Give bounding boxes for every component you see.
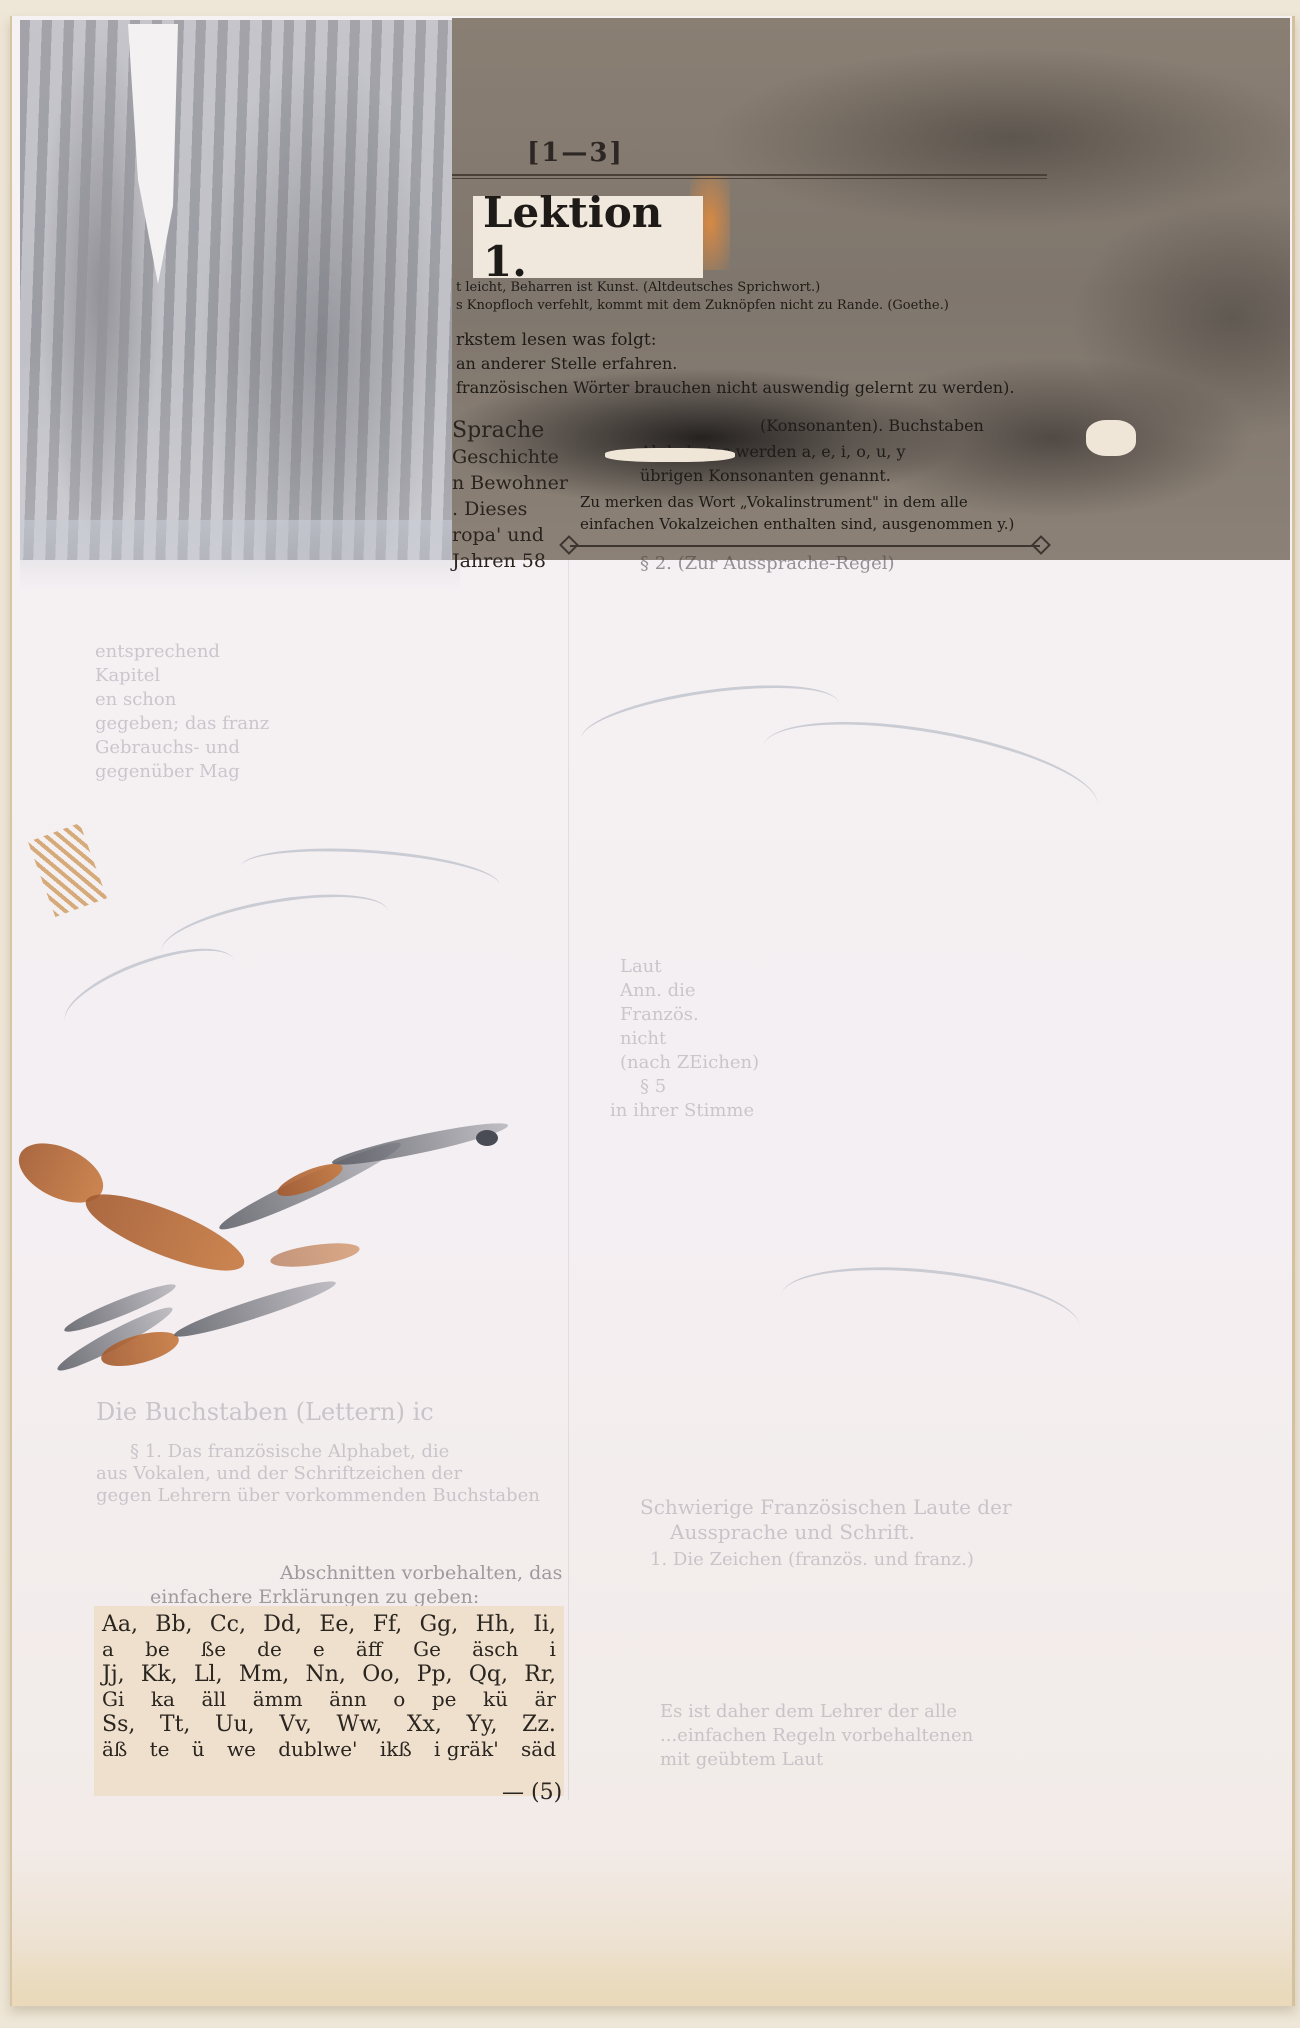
column-divider xyxy=(568,560,569,1800)
letter-pair: Pp, xyxy=(417,1662,453,1687)
text-line: (Konsonanten). Buchstaben xyxy=(760,414,984,438)
alphabet-pronunciation-row-2: Gi ka äll ämm änn o pe kü är xyxy=(102,1687,556,1712)
pronunciation: de xyxy=(257,1637,282,1662)
letter-pair: Zz. xyxy=(522,1712,556,1737)
ghost-text: § 5 xyxy=(640,1075,666,1099)
fragment: ropa' und xyxy=(452,522,568,548)
ghost-text: Laut xyxy=(620,955,662,979)
fragment: n Bewohner xyxy=(452,470,568,496)
pronunciation: be xyxy=(145,1637,170,1662)
fragment: Geschichte xyxy=(452,444,568,470)
ghost-text: (nach ZEichen) xyxy=(620,1051,759,1075)
ghost-text: entsprechend xyxy=(95,640,220,664)
ghost-text: gegeben; das franz xyxy=(95,712,269,736)
left-column-fragments: Sprache Geschichte n Bewohner . Dieses r… xyxy=(452,418,568,574)
header-rule xyxy=(452,174,1047,179)
pronunciation: pe xyxy=(432,1687,457,1712)
letter-pair: Dd, xyxy=(263,1612,302,1637)
pronunciation: Ge xyxy=(413,1637,441,1662)
ghost-text: aus Vokalen, und der Schriftzeichen der xyxy=(96,1462,462,1486)
letter-pair: Cc, xyxy=(210,1612,246,1637)
alphabet-letters-row-3: Ss, Tt, Uu, Vv, Ww, Xx, Yy, Zz. xyxy=(102,1712,556,1737)
text-line: einfachen Vokalzeichen enthalten sind, a… xyxy=(580,512,1014,536)
ghost-text: Französ. xyxy=(620,1003,699,1027)
text-line: an anderer Stelle erfahren. xyxy=(456,352,677,376)
letter-pair: Hh, xyxy=(476,1612,516,1637)
pronunciation: säd xyxy=(521,1737,556,1762)
pronunciation: ämm xyxy=(253,1687,303,1712)
letter-pair: Bb, xyxy=(155,1612,192,1637)
letter-pair: Nn, xyxy=(306,1662,346,1687)
alphabet-letters-row-1: Aa, Bb, Cc, Dd, Ee, Ff, Gg, Hh, Ii, xyxy=(102,1612,556,1637)
alphabet-intro-line: einfachere Erklärungen zu geben: xyxy=(150,1586,479,1608)
letter-pair: Rr, xyxy=(524,1662,556,1687)
scraped-white-patch xyxy=(1086,420,1136,456)
fragment: Sprache xyxy=(452,418,568,444)
letter-pair: Jj, xyxy=(102,1662,125,1687)
letter-pair: Ww, xyxy=(336,1712,382,1737)
letter-pair: Gg, xyxy=(420,1612,459,1637)
wash-fade xyxy=(20,520,460,590)
text-line: übrigen Konsonanten genannt. xyxy=(640,464,891,488)
letter-pair: Vv, xyxy=(279,1712,312,1737)
letter-pair: Xx, xyxy=(407,1712,442,1737)
pronunciation: ü xyxy=(192,1737,205,1762)
letter-pair: Ss, xyxy=(102,1712,135,1737)
page-edge-tint xyxy=(12,1946,1292,2006)
ghost-text: gegen Lehrern über vorkommenden Buchstab… xyxy=(96,1484,540,1508)
page-reference: [1—3] xyxy=(527,138,624,168)
ghost-text: Es ist daher dem Lehrer der alle xyxy=(660,1700,957,1724)
ghost-text: Kapitel xyxy=(95,664,160,688)
text-line: französischen Wörter brauchen nicht ausw… xyxy=(456,376,1014,400)
pronunciation: kü xyxy=(483,1687,508,1712)
letter-pair: Mm, xyxy=(239,1662,289,1687)
alphabet-intro-line: Abschnitten vorbehalten, das xyxy=(280,1562,562,1584)
pronunciation: äll xyxy=(201,1687,226,1712)
fragment: . Dieses xyxy=(452,496,568,522)
pronunciation: ße xyxy=(201,1637,226,1662)
ghost-text: § 1. Das französische Alphabet, die xyxy=(130,1440,449,1464)
ghost-text: Ann. die xyxy=(620,979,696,1003)
ghost-text: en schon xyxy=(95,688,176,712)
pronunciation: i xyxy=(550,1637,556,1662)
letter-pair: Uu, xyxy=(215,1712,255,1737)
ghost-text: Die Buchstaben (Lettern) ic xyxy=(96,1400,434,1424)
ghost-text: Schwierige Französischen Laute der xyxy=(640,1495,1012,1519)
page-number: — (5) xyxy=(502,1780,562,1805)
pronunciation: är xyxy=(535,1687,556,1712)
artwork-frame: [1—3] Lektion 1. t leicht, Beharren ist … xyxy=(0,0,1300,2028)
lesson-title-clipping: Lektion 1. xyxy=(473,196,703,278)
bird-head xyxy=(476,1130,498,1146)
letter-pair: Ii, xyxy=(533,1612,556,1637)
ghost-text: ...einfachen Regeln vorbehaltenen xyxy=(660,1724,973,1748)
alphabet-letters-row-2: Jj, Kk, Ll, Mm, Nn, Oo, Pp, Qq, Rr, xyxy=(102,1662,556,1687)
pronunciation: äß xyxy=(102,1737,127,1762)
letter-pair: Qq, xyxy=(469,1662,508,1687)
pronunciation: i gräk' xyxy=(434,1737,499,1762)
pronunciation: we xyxy=(227,1737,256,1762)
letter-pair: Aa, xyxy=(102,1612,138,1637)
alphabet-pronunciation-row-1: a be ße de e äff Ge äsch i xyxy=(102,1637,556,1662)
letter-pair: Kk, xyxy=(141,1662,178,1687)
letter-pair: Ll, xyxy=(194,1662,223,1687)
ghost-text: Gebrauchs- und xyxy=(95,736,240,760)
fragment: Jahren 58 xyxy=(452,548,568,574)
letter-pair: Oo, xyxy=(362,1662,400,1687)
pronunciation: änn xyxy=(329,1687,367,1712)
letter-pair: Ff, xyxy=(373,1612,403,1637)
alphabet-pronunciation-row-3: äß te ü we dublwe' ikß i gräk' säd xyxy=(102,1737,556,1762)
text-line: s Knopfloch verfehlt, kommt mit dem Zukn… xyxy=(456,294,949,318)
pronunciation: te xyxy=(150,1737,170,1762)
letter-pair: Yy, xyxy=(466,1712,497,1737)
pronunciation: ka xyxy=(151,1687,175,1712)
pronunciation: o xyxy=(393,1687,405,1712)
lesson-title: Lektion 1. xyxy=(483,188,703,286)
pronunciation: äsch xyxy=(472,1637,518,1662)
footer-rule-text: § 2. (Zur Aussprache-Regel) xyxy=(640,552,895,576)
pronunciation: e xyxy=(313,1637,325,1662)
section-rule xyxy=(570,545,1040,547)
ghost-text: gegenüber Mag xyxy=(95,760,240,784)
pronunciation: Gi xyxy=(102,1687,124,1712)
ghost-text: in ihrer Stimme xyxy=(610,1099,754,1123)
pronunciation: äff xyxy=(356,1637,382,1662)
ghost-text: 1. Die Zeichen (französ. und franz.) xyxy=(650,1548,974,1572)
text-line: Zu merken das Wort „Vokalinstrument" in … xyxy=(580,490,968,514)
grey-ink-wash-tree xyxy=(20,20,452,560)
letter-pair: Ee, xyxy=(319,1612,355,1637)
ghost-text: Aussprache und Schrift. xyxy=(670,1520,915,1544)
pronunciation: a xyxy=(102,1637,114,1662)
letter-pair: Tt, xyxy=(160,1712,191,1737)
ghost-text: nicht xyxy=(620,1027,666,1051)
ghost-text: mit geübtem Laut xyxy=(660,1748,823,1772)
pronunciation: ikß xyxy=(380,1737,412,1762)
pronunciation: dublwe' xyxy=(278,1737,357,1762)
text-line: rkstem lesen was folgt: xyxy=(456,328,656,352)
alphabet-clipping: Aa, Bb, Cc, Dd, Ee, Ff, Gg, Hh, Ii, a be… xyxy=(94,1606,564,1796)
scraped-white-patch xyxy=(605,448,735,462)
